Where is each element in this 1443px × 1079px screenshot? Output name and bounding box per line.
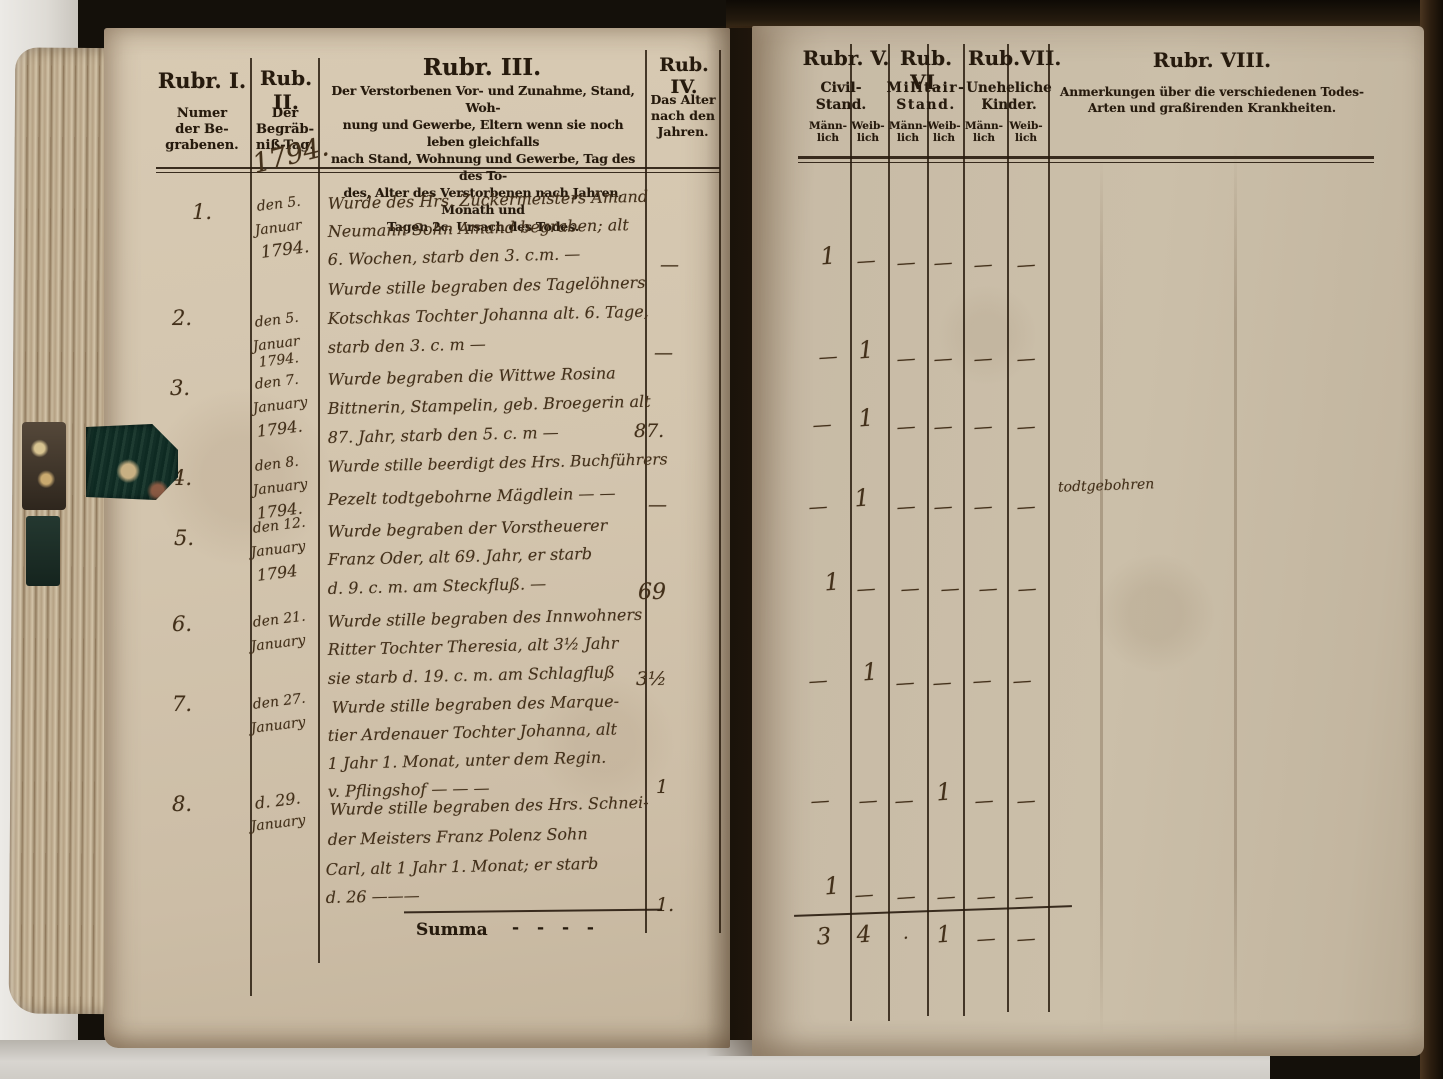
tally-r5-c4: — <box>929 577 970 602</box>
rubric-7-subtitle: Uneheliche Kinder. <box>966 80 1052 114</box>
tally-r8-c5: — <box>965 885 1006 910</box>
entry-5-text-line2: Franz Oder, alt 69. Jahr, er starb <box>328 544 593 569</box>
entry-3-age: 87. <box>634 420 664 442</box>
subcol-militair-m: Männ-lich <box>888 120 928 144</box>
entry-5-number: 5. <box>174 526 194 550</box>
tally-r7-c5: — <box>963 789 1004 814</box>
entry-3-text-line1: Wurde begraben die Wittwe Rosina <box>328 363 616 389</box>
subcol-uneheliche-m-top: Männ- <box>964 120 1004 132</box>
subcol-civil-m-bottom: lich <box>808 132 848 144</box>
subcol-civil-m-top: Männ- <box>808 120 848 132</box>
summa-uneheliche-w: — <box>1005 927 1046 952</box>
rubric-5-subtitle-line2: Stand. <box>796 97 886 114</box>
entry-7-date-line2: January <box>250 715 306 737</box>
entry-2-date-line3: 1794. <box>258 351 300 371</box>
photographed-register-book: Rubr. I. Rub. II. Rubr. III. Rub. IV. Nu… <box>0 0 1443 1079</box>
column-rule-2-3 <box>318 58 320 963</box>
entry-2-text-line1: Wurde stille begraben des Tagelöhners <box>328 273 646 299</box>
tally-r7-c6: — <box>1005 789 1046 814</box>
tally-r5-c2: — <box>845 577 886 602</box>
entry-2-text-line2: Kotschkas Tochter Johanna alt. 6. Tage, <box>328 302 649 328</box>
subcol-uneheliche-m-bottom: lich <box>964 132 1004 144</box>
rubric-8-title: Rubr. VIII. <box>1102 48 1322 72</box>
subcol-militair-w-top: Weib- <box>924 120 964 132</box>
tally-r5-c5: — <box>967 577 1008 602</box>
entry-6-date-line2: January <box>250 633 306 655</box>
summa-civil-w: 4 <box>843 921 885 950</box>
tally-r4-c5: — <box>962 495 1003 520</box>
rubric-5-subtitle-line1: Civil- <box>796 80 886 97</box>
entry-4-date-line2: January <box>252 477 308 499</box>
tally-r3-c2: 1 <box>845 403 887 434</box>
tally-r1-c2: — <box>845 249 886 274</box>
rubric-8-subtitle-line1: Anmerkungen über die verschiedenen Todes… <box>1060 84 1364 100</box>
entry-7-text-line2: tier Ardenauer Tochter Johanna, alt <box>328 719 618 745</box>
subcol-civil-w: Weib-lich <box>848 120 888 144</box>
tally-r2-c2: 1 <box>845 335 887 366</box>
tally-r1-c4: — <box>922 251 963 276</box>
subcol-uneheliche-w-top: Weib- <box>1006 120 1046 132</box>
tally-r1-c1: 1 <box>807 241 849 272</box>
tally-r3-c4: — <box>922 415 963 440</box>
entry-8-text-line3: Carl, alt 1 Jahr 1. Monat; er starb <box>326 854 599 879</box>
entry-7-text-line3: 1 Jahr 1. Monat, unter dem Regin. <box>328 748 607 773</box>
summa-civil-m: 3 <box>803 923 845 952</box>
entry-5-text-line3: d. 9. c. m. am Steckfluß. — <box>328 574 547 598</box>
rubric-3-subtitle-line3: nach Stand, Wohnung und Gewerbe, Tag des… <box>323 150 643 184</box>
tally-r1-c3: — <box>885 251 926 276</box>
entry-3-text-line2: Bittnerin, Stampelin, geb. Broegerin alt <box>328 392 651 418</box>
rubric-3-subtitle: Der Verstorbenen Vor- und Zunahme, Stand… <box>323 82 643 235</box>
tally-r7-c3: — <box>883 789 924 814</box>
entry-3-date-line2: January <box>252 395 308 417</box>
rubric-3-subtitle-line2: nung und Gewerbe, Eltern wenn sie noch l… <box>323 116 643 150</box>
right-rule-uneheliche-anmerkungen <box>1048 44 1050 1012</box>
rubric-3-title: Rubr. III. <box>322 54 642 81</box>
entry-5-date-line2: January <box>250 539 306 561</box>
entry-1-date-line1: den 5. <box>256 195 302 215</box>
tally-r8-c3: — <box>885 885 926 910</box>
page-crease-2 <box>1234 146 1237 1046</box>
rubric-6-subtitle-line2: Stand. <box>886 97 966 114</box>
entry-4-date-line1: den 8. <box>254 455 300 475</box>
entry-8-number: 8. <box>172 792 192 816</box>
subcol-civil-w-top: Weib- <box>848 120 888 132</box>
entry-2-age: — <box>654 342 673 364</box>
tally-r6-c1: — <box>797 669 838 694</box>
book-cover-top-edge <box>726 0 1443 28</box>
entry-3-text-line3: 87. Jahr, starb den 5. c. m — <box>328 423 559 447</box>
rubric-5-title: Rubr. V. <box>800 46 892 70</box>
right-rule-uneheliche-mw <box>1007 44 1009 1012</box>
entry-7-number: 7. <box>172 692 192 716</box>
entry-3-date-line3: 1794. <box>256 418 303 438</box>
entry-6-text-line2: Ritter Tochter Theresia, alt 3½ Jahr <box>328 633 619 659</box>
entry-5-age: 69 <box>638 580 666 605</box>
entry-2-date-line1: den 5. <box>254 311 300 331</box>
rubric-5-subtitle: Civil- Stand. <box>796 80 886 114</box>
page-crease-1 <box>1100 156 1103 1036</box>
subcol-civil-w-bottom: lich <box>848 132 888 144</box>
rubric-1-subtitle-line1: Numer <box>148 106 256 122</box>
entry-7-date-line1: den 27. <box>252 692 306 713</box>
summa-rule <box>404 909 662 914</box>
tally-r6-c5: — <box>961 669 1002 694</box>
tally-r8-c2: — <box>843 883 884 908</box>
rubric-1-subtitle-line2: der Be- <box>148 122 256 138</box>
tally-r3-c6: — <box>1005 415 1046 440</box>
bookmark-tab-lower-patch <box>26 516 60 586</box>
tally-r2-c5: — <box>962 347 1003 372</box>
subcol-uneheliche-m: Männ-lich <box>964 120 1004 144</box>
right-page: Rubr. V. Rub. VI. Rub.VII. Rubr. VIII. C… <box>752 26 1424 1056</box>
rubric-1-subtitle: Numer der Be- grabenen. <box>148 106 256 154</box>
entry-5-text-line1: Wurde begraben der Vorstheuerer <box>328 516 608 541</box>
summa-militair-w: 1 <box>923 921 965 950</box>
summa-dashes: - - - - <box>512 918 600 938</box>
tally-r6-c6: — <box>1001 669 1042 694</box>
subcol-militair-w: Weib-lich <box>924 120 964 144</box>
subcol-militair-m-top: Männ- <box>888 120 928 132</box>
tally-r4-c3: — <box>885 495 926 520</box>
tally-r4-c2: 1 <box>841 483 883 514</box>
entry-8-text-line2: der Meisters Franz Polenz Sohn <box>328 824 588 849</box>
entry-1-number: 1. <box>192 200 212 224</box>
entry-3-date-line1: den 7. <box>254 373 300 393</box>
rubric-8-subtitle: Anmerkungen über die verschiedenen Todes… <box>1060 84 1364 116</box>
rubric-7-title: Rub.VII. <box>968 46 1050 70</box>
tally-r8-c4: — <box>925 885 966 910</box>
summa-militair-m: · <box>885 927 926 951</box>
subcol-militair-m-bottom: lich <box>888 132 928 144</box>
tally-r7-c1: — <box>799 789 840 814</box>
entry-1-date-line3: 1794. <box>260 240 310 261</box>
rubric-3-subtitle-line1: Der Verstorbenen Vor- und Zunahme, Stand… <box>323 82 643 116</box>
entry-7-age: 1 <box>656 776 668 798</box>
subcol-civil-m: Männ-lich <box>808 120 848 144</box>
entry-8-age: 1. <box>656 894 674 916</box>
right-rule-militair-mw <box>927 44 929 1016</box>
summa-uneheliche-m: — <box>965 927 1006 952</box>
tally-r5-c3: — <box>889 577 930 602</box>
subcol-uneheliche-w-bottom: lich <box>1006 132 1046 144</box>
tally-r5-c6: — <box>1006 577 1047 602</box>
summa-label: Summa <box>416 920 488 940</box>
entry-8-date-line2: January <box>250 813 306 835</box>
tally-r4-c6: — <box>1005 495 1046 520</box>
entry-1-date-line2: Januar <box>254 218 303 239</box>
tally-r4-c1: — <box>797 495 838 520</box>
entry-6-age: 3½ <box>636 668 667 690</box>
rubric-6-subtitle: Militair- Stand. <box>886 80 966 114</box>
rubric-1-subtitle-line3: grabenen. <box>148 138 256 154</box>
rubric-1-title: Rubr. I. <box>152 68 252 93</box>
entry-4-text-line2: Pezelt todtgebohrne Mägdlein — — <box>328 483 616 509</box>
tally-r4-note: todtgebohren <box>1058 476 1155 495</box>
subcol-militair-w-bottom: lich <box>924 132 964 144</box>
entry-6-text-line3: sie starb d. 19. c. m. am Schlagfluß <box>328 662 615 688</box>
subcol-uneheliche-w: Weib-lich <box>1006 120 1046 144</box>
tally-r6-c3: — <box>884 671 925 696</box>
right-rule-militair-uneheliche <box>963 44 965 1016</box>
entry-8-text-line4: d. 26 ——— <box>326 886 420 907</box>
tally-r2-c6: — <box>1005 347 1046 372</box>
rubric-2-subtitle-line1: Der <box>252 106 318 122</box>
tally-r3-c3: — <box>885 415 926 440</box>
left-page: Rubr. I. Rub. II. Rubr. III. Rub. IV. Nu… <box>104 28 730 1048</box>
tally-r3-c1: — <box>801 413 842 438</box>
entry-6-number: 6. <box>172 612 192 636</box>
entry-6-date-line1: den 21. <box>252 610 306 631</box>
tally-r1-c6: — <box>1005 253 1046 278</box>
entry-5-date-line3: 1794 <box>256 563 298 583</box>
entry-8-date-line1: d. 29. <box>254 790 301 810</box>
tally-r7-c4: 1 <box>923 777 965 808</box>
tally-r1-c5: — <box>962 253 1003 278</box>
rubric-8-subtitle-line2: Arten und graßirenden Krankheiten. <box>1060 100 1364 116</box>
right-rule-civil-militair <box>888 44 890 1021</box>
tally-r2-c1: — <box>807 345 848 370</box>
entry-7-text-line1: Wurde stille begraben des Marque- <box>332 691 620 717</box>
entry-6-text-line1: Wurde stille begraben des Innwohners <box>328 605 643 631</box>
entry-4-text-line1: Wurde stille beerdigt des Hrs. Buchführe… <box>328 450 668 476</box>
tally-r4-c4: — <box>922 495 963 520</box>
rubric-6-subtitle-line1: Militair- <box>886 80 966 97</box>
entry-4-age: — <box>648 494 667 516</box>
tally-r2-c3: — <box>885 347 926 372</box>
entry-1-age: — <box>660 254 679 276</box>
tally-r3-c5: — <box>962 415 1003 440</box>
entry-2-number: 2. <box>172 306 192 330</box>
bookmark-tab-edge <box>22 422 66 510</box>
rubric-7-subtitle-line2: Kinder. <box>966 97 1052 114</box>
entry-3-number: 3. <box>170 376 190 400</box>
entry-2-text-line3: starb den 3. c. m — <box>328 334 486 357</box>
tally-r2-c4: — <box>922 347 963 372</box>
entry-1-text-line3: 6. Wochen, starb den 3. c.m. — <box>328 244 581 269</box>
right-header-rule <box>798 156 1374 159</box>
tally-r6-c4: — <box>921 671 962 696</box>
right-header-rule-thin <box>798 162 1374 163</box>
rubric-7-subtitle-line1: Uneheliche <box>966 80 1052 97</box>
